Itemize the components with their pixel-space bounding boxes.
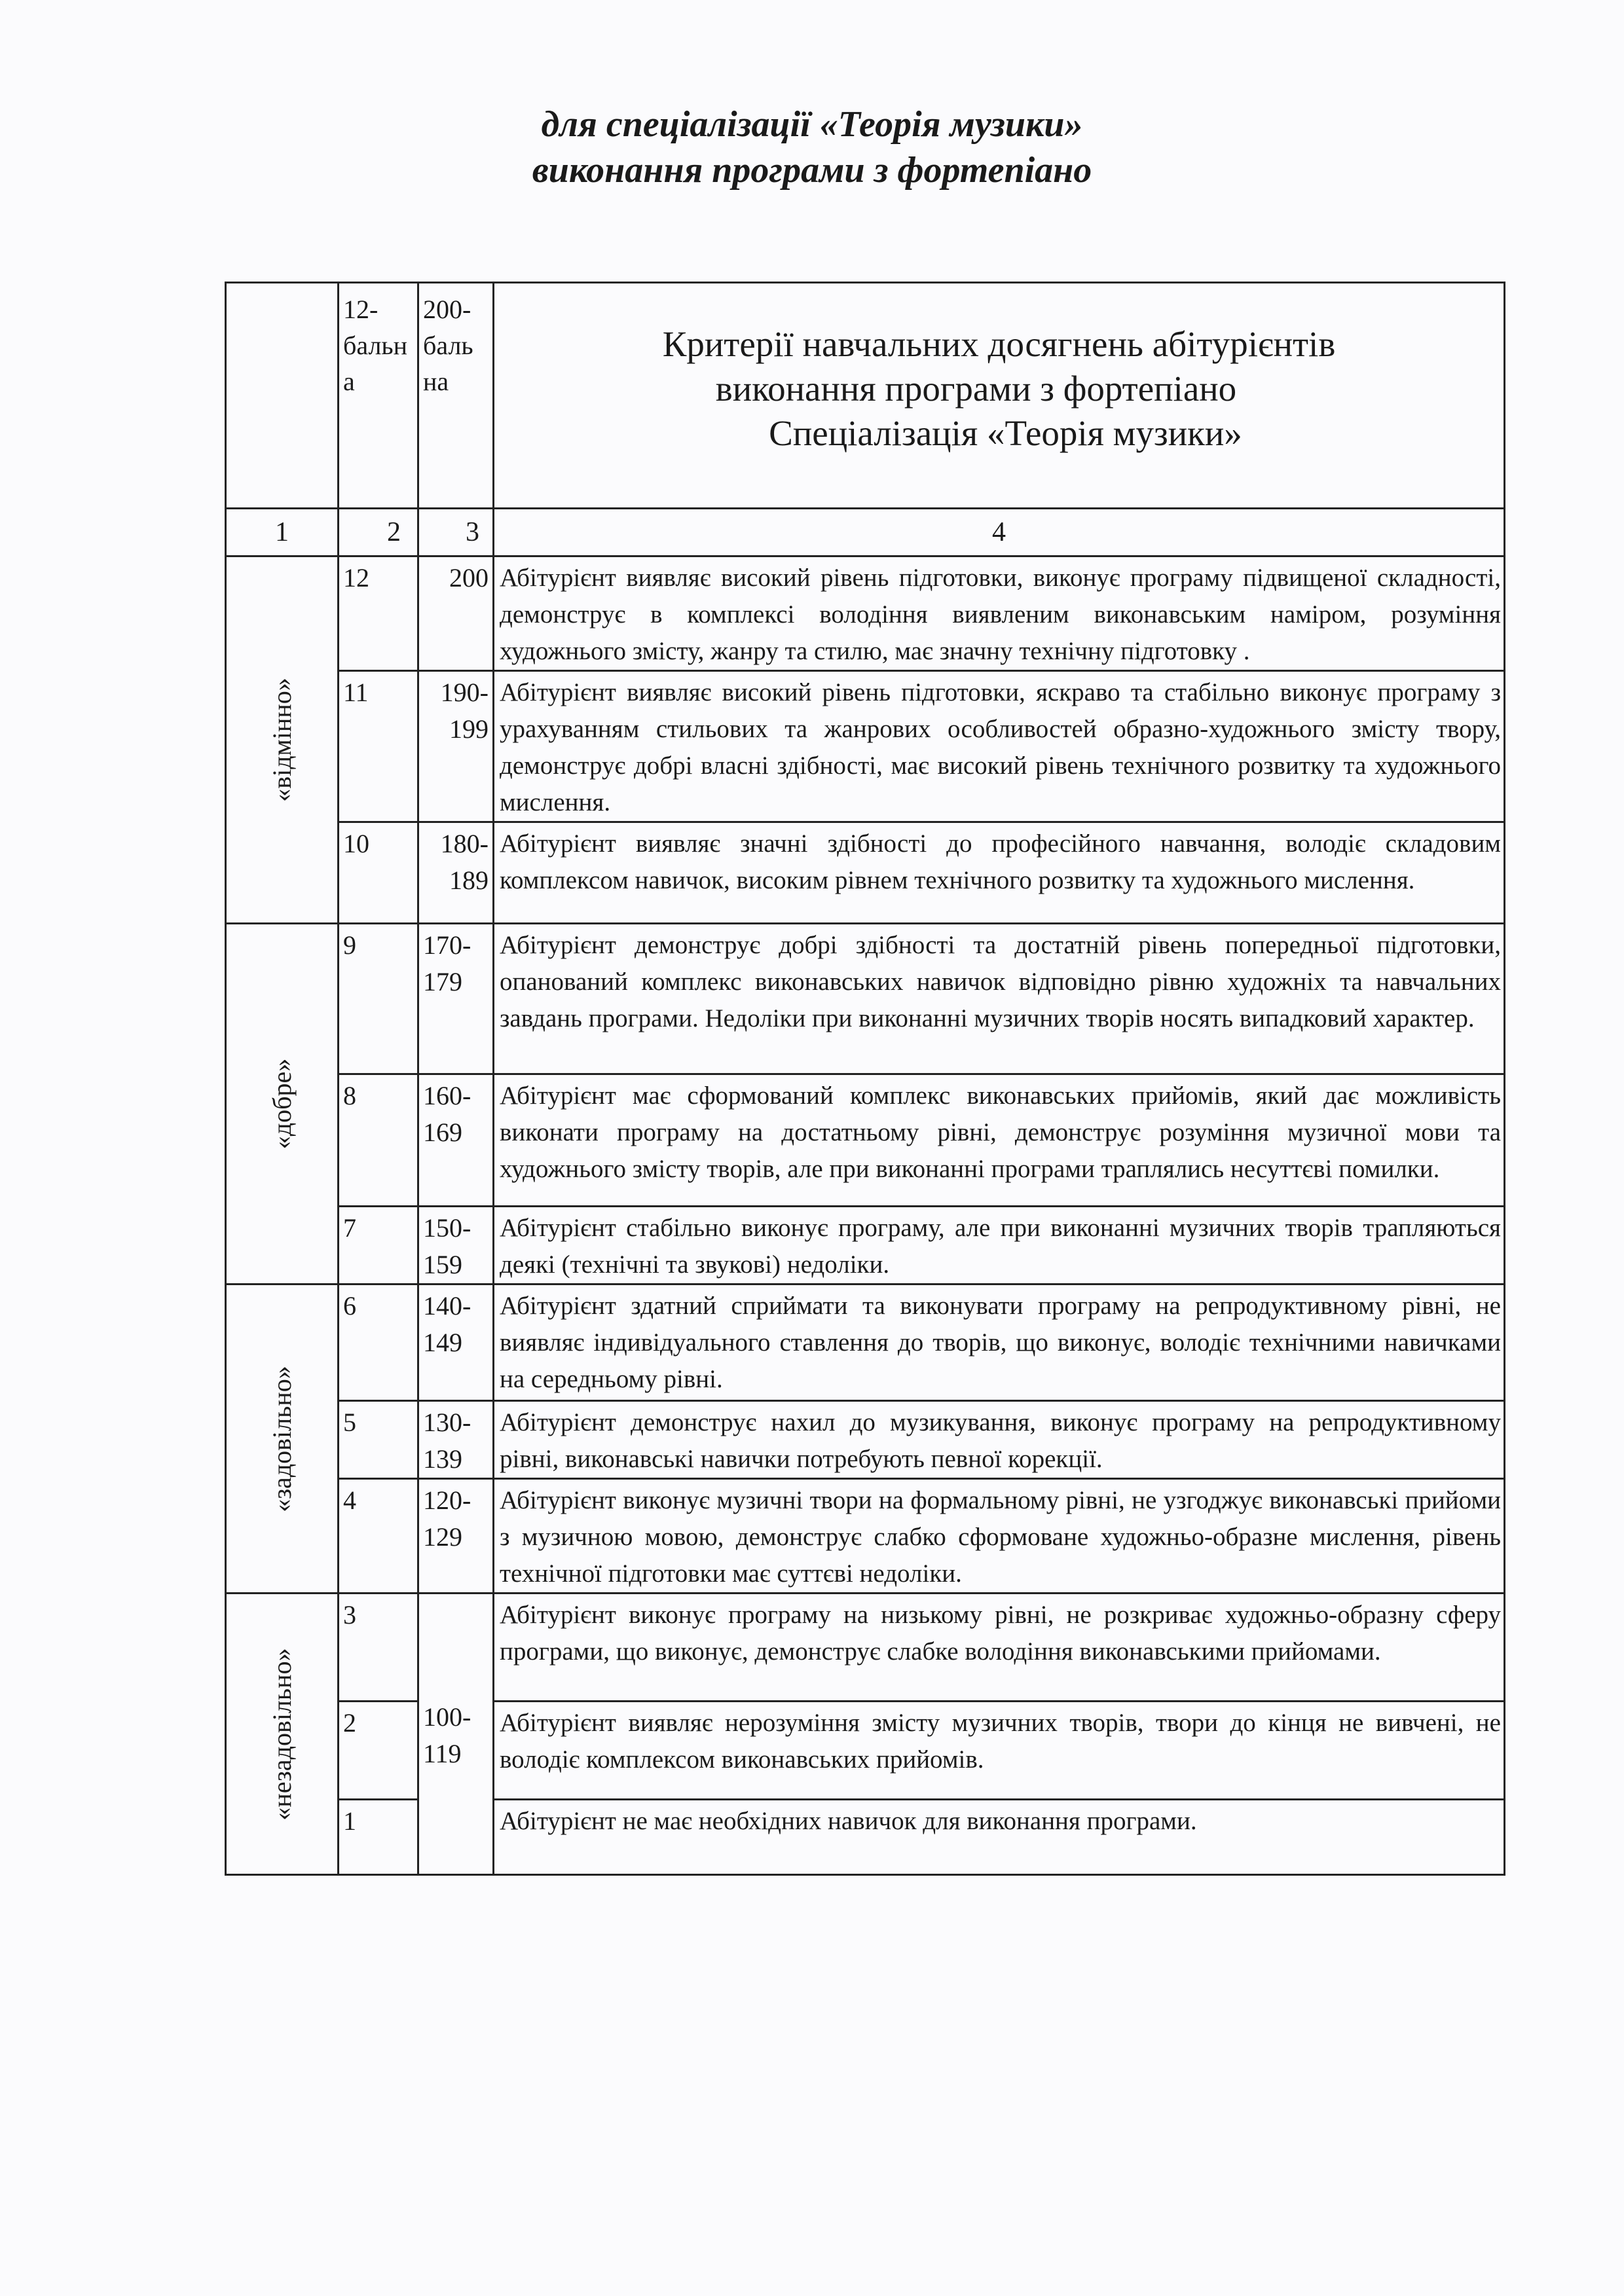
score-200: 150- 159: [418, 1207, 494, 1285]
header-12-line: а: [343, 363, 417, 399]
criteria-title-line: Спеціалізація «Теорія музики»: [507, 411, 1504, 456]
score-200: 130- 139: [418, 1401, 494, 1479]
score-200-line: 129: [423, 1519, 492, 1556]
criteria-title-line: виконання програми з фортепіано: [449, 367, 1504, 411]
score-200-line: 159: [423, 1247, 492, 1283]
score-12: 12: [339, 556, 418, 671]
table-row: 4 120- 129 Абітурієнт виконує музичні тв…: [226, 1479, 1505, 1594]
score-12: 8: [339, 1074, 418, 1207]
grade-label: «незадовільно»: [264, 1648, 301, 1820]
table-row: «відмінно» 12 200 Абітурієнт виявляє вис…: [226, 556, 1505, 671]
column-number: 2: [339, 509, 418, 556]
table-row: 11 190- 199 Абітурієнт виявляє високий р…: [226, 671, 1505, 822]
score-200-line: 189: [419, 862, 489, 899]
document-heading-line-2: виконання програми з фортепіано: [0, 152, 1624, 189]
score-12: 7: [339, 1207, 418, 1285]
score-12: 2: [339, 1702, 418, 1800]
column-number-row: 1 2 3 4: [226, 509, 1505, 556]
score-200-line: 160-: [423, 1078, 492, 1114]
table-row: 10 180- 189 Абітурієнт виявляє значні зд…: [226, 822, 1505, 924]
score-200-line: 149: [423, 1324, 492, 1361]
column-number: 1: [226, 509, 339, 556]
score-200: 170- 179: [418, 924, 494, 1074]
score-200-line: 130-: [423, 1404, 492, 1441]
criteria-description: Абітурієнт виявляє значні здібності до п…: [494, 822, 1505, 924]
score-12: 6: [339, 1285, 418, 1401]
criteria-description: Абітурієнт демонструє добрі здібності та…: [494, 924, 1505, 1074]
criteria-description: Абітурієнт стабільно виконує програму, а…: [494, 1207, 1505, 1285]
score-12: 1: [339, 1800, 418, 1875]
table-row: 2 Абітурієнт виявляє нерозуміння змісту …: [226, 1702, 1505, 1800]
criteria-description: Абітурієнт демонструє нахил до музикуван…: [494, 1401, 1505, 1479]
header-criteria-title: Критерії навчальних досягнень абітурієнт…: [494, 283, 1505, 509]
criteria-description: Абітурієнт виявляє нерозуміння змісту му…: [494, 1702, 1505, 1800]
score-200-line: 180-: [419, 826, 489, 862]
score-12: 9: [339, 924, 418, 1074]
criteria-description: Абітурієнт виконує програму на низькому …: [494, 1594, 1505, 1702]
criteria-title-line: Критерії навчальних досягнень абітурієнт…: [494, 322, 1504, 367]
header-grade-cell: [226, 283, 339, 509]
score-200-line: 100-: [423, 1699, 489, 1736]
score-200: 140- 149: [418, 1285, 494, 1401]
table-row: 5 130- 139 Абітурієнт демонструє нахил д…: [226, 1401, 1505, 1479]
score-200-line: 170-: [423, 927, 492, 964]
grade-label: «задовільно»: [264, 1366, 301, 1512]
score-200-line: 199: [419, 711, 489, 748]
score-200-line: 150-: [423, 1210, 492, 1247]
score-200-line: 179: [423, 964, 492, 1000]
score-200: 200: [418, 556, 494, 671]
table-row: «задовільно» 6 140- 149 Абітурієнт здатн…: [226, 1285, 1505, 1401]
grade-label: «добре»: [264, 1059, 301, 1149]
grade-label: «відмінно»: [264, 678, 301, 802]
criteria-table: 12- бальн а 200- баль на Критерії навчал…: [225, 282, 1505, 1876]
header-12-line: бальн: [343, 327, 417, 363]
header-200-line: 200-: [423, 291, 492, 327]
criteria-description: Абітурієнт має сформований комплекс вико…: [494, 1074, 1505, 1207]
header-200-line: баль: [423, 327, 492, 363]
score-200-line: 190-: [419, 674, 489, 711]
score-200-line: 140-: [423, 1288, 492, 1324]
criteria-description: Абітурієнт здатний сприймати та виконува…: [494, 1285, 1505, 1401]
criteria-description: Абітурієнт виявляє високий рівень підгот…: [494, 671, 1505, 822]
column-number: 4: [494, 509, 1505, 556]
criteria-description: Абітурієнт виявляє високий рівень підгот…: [494, 556, 1505, 671]
criteria-description: Абітурієнт не має необхідних навичок для…: [494, 1800, 1505, 1875]
score-200-line: 169: [423, 1114, 492, 1151]
score-200: 160- 169: [418, 1074, 494, 1207]
score-12: 4: [339, 1479, 418, 1594]
score-200: 180- 189: [418, 822, 494, 924]
score-200: 190- 199: [418, 671, 494, 822]
grade-satisfactory-cell: «задовільно»: [226, 1285, 339, 1594]
grade-good-cell: «добре»: [226, 924, 339, 1285]
table-row: 1 Абітурієнт не має необхідних навичок д…: [226, 1800, 1505, 1875]
grade-excellent-cell: «відмінно»: [226, 556, 339, 924]
table-header-row: 12- бальн а 200- баль на Критерії навчал…: [226, 283, 1505, 509]
document-heading-line-1: для спеціалізації «Теорія музики»: [0, 106, 1624, 143]
header-12-line: 12-: [343, 291, 417, 327]
header-12-point-scale: 12- бальн а: [339, 283, 418, 509]
table-row: 7 150- 159 Абітурієнт стабільно виконує …: [226, 1207, 1505, 1285]
score-200-line: 120-: [423, 1482, 492, 1519]
score-12: 3: [339, 1594, 418, 1702]
criteria-description: Абітурієнт виконує музичні твори на форм…: [494, 1479, 1505, 1594]
score-12: 10: [339, 822, 418, 924]
score-200-line: 119: [423, 1736, 489, 1772]
grade-unsatisfactory-cell: «незадовільно»: [226, 1594, 339, 1875]
score-200-line: 139: [423, 1441, 492, 1478]
column-number: 3: [418, 509, 494, 556]
table-row: «добре» 9 170- 179 Абітурієнт демонструє…: [226, 924, 1505, 1074]
score-12: 11: [339, 671, 418, 822]
table-row: 8 160- 169 Абітурієнт має сформований ко…: [226, 1074, 1505, 1207]
score-200-shared: 100- 119: [418, 1594, 494, 1875]
score-12: 5: [339, 1401, 418, 1479]
table-row: «незадовільно» 3 100- 119 Абітурієнт вик…: [226, 1594, 1505, 1702]
score-200: 120- 129: [418, 1479, 494, 1594]
